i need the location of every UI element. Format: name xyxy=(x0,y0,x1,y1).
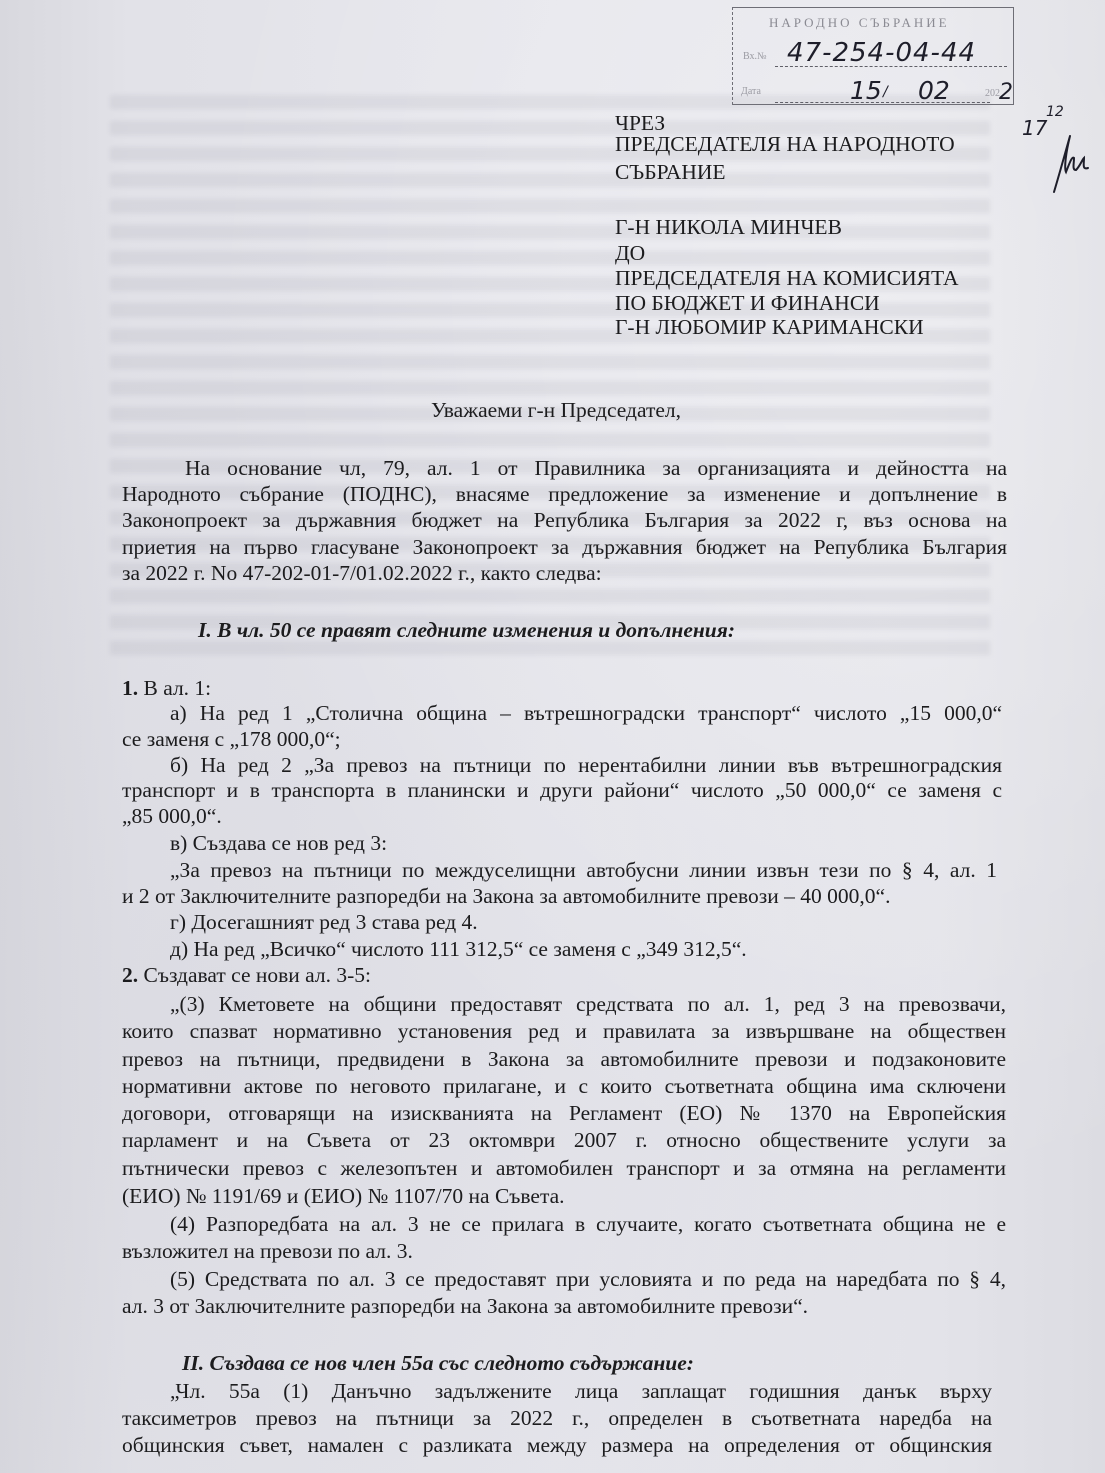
section-1-heading: I. В чл. 50 се правят следните изменения… xyxy=(198,617,735,643)
amendment-line: б) На ред 2 „За превоз на пътници по нер… xyxy=(170,752,1002,778)
paragraph-line: (5) Средствата по ал. 3 се предоставят п… xyxy=(170,1266,1006,1292)
item-2-text: Създават се нови ал. 3-5: xyxy=(138,963,371,987)
address-line: ДО xyxy=(615,240,645,266)
item-1: 1. В ал. 1: xyxy=(122,675,211,701)
address-line: ПРЕДСЕДАТЕЛЯ НА НАРОДНОТО xyxy=(615,131,955,157)
address-line: ПО БЮДЖЕТ И ФИНАНСИ xyxy=(615,290,880,316)
paragraph-line: На основание чл, 79, ал. 1 от Правилника… xyxy=(185,455,1007,481)
stamp-date-line xyxy=(775,102,990,103)
amendment-line: а) На ред 1 „Столична община – вътрешног… xyxy=(170,700,1002,726)
paragraph-line: Народното събрание (ПОДНС), внасяме пред… xyxy=(122,481,1007,507)
paragraph-line: (ЕИО) № 1191/69 и (ЕИО) № 1107/70 на Съв… xyxy=(122,1183,565,1209)
item-2: 2. Създават се нови ал. 3-5: xyxy=(122,962,371,988)
stamp-date-year-suffix: 2 xyxy=(999,80,1013,105)
item-1-text: В ал. 1: xyxy=(138,676,211,700)
amendment-line: „85 000,0“. xyxy=(122,803,222,829)
address-line: СЪБРАНИЕ xyxy=(615,159,726,185)
salutation: Уважаеми г-н Председател, xyxy=(431,397,681,423)
paragraph-line: общинския съвет, намален с разликата меж… xyxy=(122,1432,992,1458)
signature-icon xyxy=(1040,132,1100,196)
amendment-line: се заменя с „178 000,0“; xyxy=(122,726,341,752)
paragraph-line: които спазват нормативно установения ред… xyxy=(122,1018,1006,1044)
amendment-line: в) Създава се нов ред 3: xyxy=(170,830,387,856)
paragraph-line: нормативни актове по неговото прилагане,… xyxy=(122,1073,1006,1099)
stamp-title: НАРОДНО СЪБРАНИЕ xyxy=(769,15,950,31)
stamp-date-label: Дата xyxy=(741,86,761,97)
paragraph-line: пътнически превоз с железопътен и автомо… xyxy=(122,1155,1006,1181)
address-line: Г-Н НИКОЛА МИНЧЕВ xyxy=(615,214,842,240)
paragraph-line: за 2022 г. No 47-202-01-7/01.02.2022 г.,… xyxy=(122,560,602,586)
item-2-label: 2. xyxy=(122,963,138,987)
item-1-label: 1. xyxy=(122,676,138,700)
address-line: Г-Н ЛЮБОМИР КАРИМАНСКИ xyxy=(615,314,924,340)
paragraph-line: възложител на превози по ал. 3. xyxy=(122,1238,413,1264)
stamp-date-year-prefix: 202 xyxy=(985,88,1000,99)
paragraph-line: договори, отговарящи на изискванията на … xyxy=(122,1100,1006,1126)
amendment-line: д) На ред „Всичко“ числото 111 312,5“ се… xyxy=(170,936,747,962)
stamp-number-value: 47-254-04-44 xyxy=(787,38,976,68)
registration-stamp: НАРОДНО СЪБРАНИЕ Вх.№ 47-254-04-44 Дата … xyxy=(732,7,1014,105)
paragraph-line: (4) Разпоредбата на ал. 3 не се прилага … xyxy=(170,1211,1006,1237)
amendment-line: и 2 от Заключителните разпоредби на Зако… xyxy=(122,883,890,909)
stamp-number-label: Вх.№ xyxy=(743,51,767,62)
paragraph-line: приетия на първо гласуване Законопроект … xyxy=(122,534,1007,560)
stamp-date-day: 15 xyxy=(850,76,882,105)
paragraph-line: превоз на пътници, предвидени в Закона з… xyxy=(122,1046,1006,1072)
paragraph-line: „Чл. 55а (1) Данъчно задължените лица за… xyxy=(170,1378,992,1404)
paragraph-line: „(3) Кметовете на общини предоставят сре… xyxy=(170,991,1006,1017)
amendment-line: „За превоз на пътници по междуселищни ав… xyxy=(170,857,997,883)
paragraph-line: парламент и на Съвета от 23 октомври 200… xyxy=(122,1127,1006,1153)
amendment-line: транспорт и в транспорта в планински и д… xyxy=(122,777,1002,803)
amendment-line: г) Досегашният ред 3 става ред 4. xyxy=(170,909,478,935)
address-line: ПРЕДСЕДАТЕЛЯ НА КОМИСИЯТА xyxy=(615,265,959,291)
paragraph-line: ал. 3 от Заключителните разпоредби на За… xyxy=(122,1293,808,1319)
handwritten-note-superscript: 12 xyxy=(1046,104,1064,120)
stamp-date-month: 02 xyxy=(918,76,950,105)
paragraph-line: таксиметров превоз на пътници за 2022 г.… xyxy=(122,1405,992,1431)
section-2-heading: II. Създава се нов член 55а със следното… xyxy=(182,1350,694,1376)
stamp-date-sep: / xyxy=(883,84,888,100)
paragraph-line: Законопроект за държавния бюджет на Репу… xyxy=(122,507,1007,533)
